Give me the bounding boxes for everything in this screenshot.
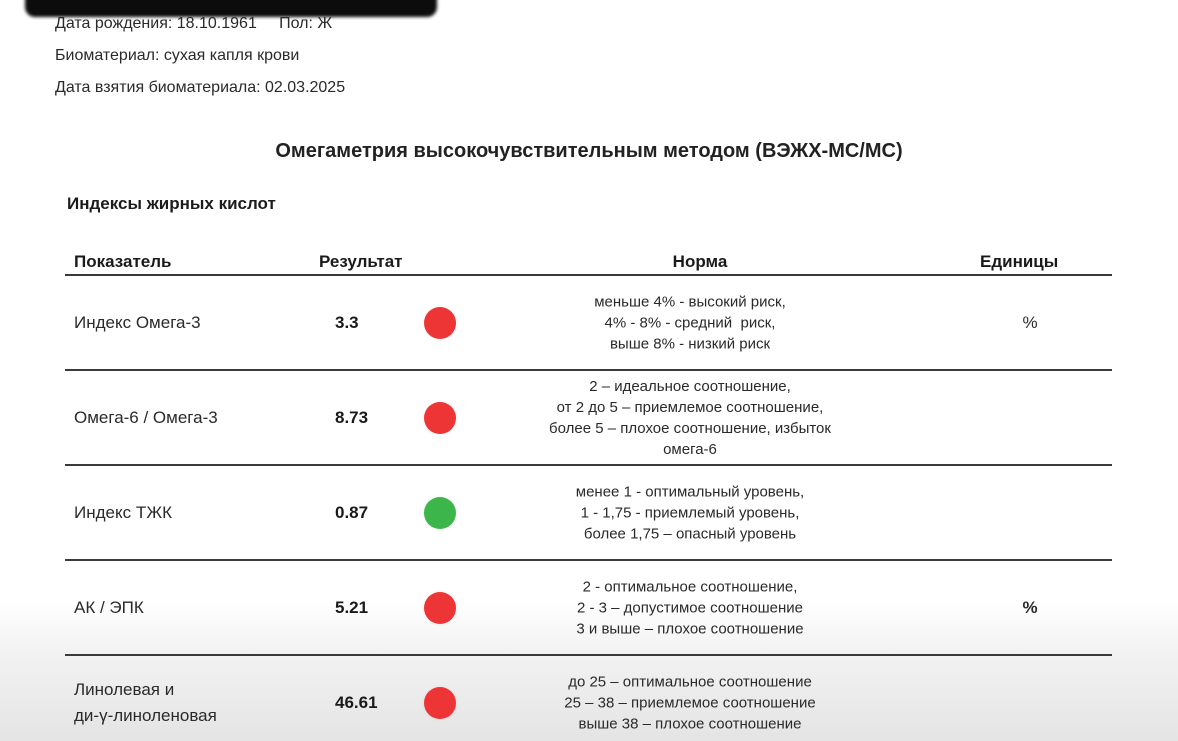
document-title: Омегаметрия высокочувствительным методом… [0, 140, 1178, 163]
biomaterial-line: Биоматериал: сухая капля крови [55, 47, 299, 65]
section-title: Индексы жирных кислот [67, 194, 276, 214]
status-dot-green-icon [424, 497, 456, 529]
reference-range-line: 2 - оптимальное соотношение, [480, 576, 900, 597]
indicator-name: Омега-6 / Омега-3 [74, 405, 218, 431]
column-header-norm: Норма [640, 252, 760, 272]
reference-range: 2 - оптимальное соотношение,2 - 3 – допу… [480, 576, 900, 639]
birth-date-line: Дата рождения: 18.10.1961 Пол: Ж [55, 15, 332, 33]
reference-range-line: более 5 – плохое соотношение, избыток [480, 418, 900, 439]
result-value: 46.61 [335, 693, 405, 713]
table-row: Омега-6 / Омега-38.732 – идеальное соотн… [65, 371, 1112, 466]
reference-range-line: 3 и выше – плохое соотношение [480, 618, 900, 639]
column-header-result: Результат [319, 252, 403, 272]
result-value: 0.87 [335, 503, 405, 523]
reference-range-line: 2 - 3 – допустимое соотношение [480, 597, 900, 618]
table-row: Индекс Омега-33.3меньше 4% - высокий рис… [65, 276, 1112, 371]
reference-range: меньше 4% - высокий риск,4% - 8% - средн… [480, 291, 900, 354]
units: % [980, 598, 1080, 618]
status-dot-red-icon [424, 592, 456, 624]
column-header-name: Показатель [74, 252, 171, 272]
reference-range: до 25 – оптимальное соотношение25 – 38 –… [480, 671, 900, 734]
indicator-name: АК / ЭПК [74, 595, 144, 621]
indicator-name: Индекс Омега-3 [74, 310, 201, 336]
indicator-name: Линолевая и ди-γ-линоленовая [74, 677, 217, 729]
reference-range-line: более 1,75 – опасный уровень [480, 523, 900, 544]
table-header: Показатель Результат Норма Единицы [65, 252, 1112, 276]
fatty-acid-index-table: Показатель Результат Норма Единицы Индек… [65, 252, 1112, 741]
document-title-text: Омегаметрия высокочувствительным методом… [275, 140, 902, 163]
reference-range-line: до 25 – оптимальное соотношение [480, 671, 900, 692]
reference-range-line: 4% - 8% - средний риск, [480, 312, 900, 333]
result-value: 8.73 [335, 408, 405, 428]
reference-range-line: менее 1 - оптимальный уровень, [480, 481, 900, 502]
reference-range-line: выше 38 – плохое соотношение [480, 713, 900, 734]
reference-range-line: 2 – идеальное соотношение, [480, 376, 900, 397]
table-body: Индекс Омега-33.3меньше 4% - высокий рис… [65, 276, 1112, 741]
status-dot-red-icon [424, 687, 456, 719]
result-value: 3.3 [335, 313, 405, 333]
reference-range-line: 1 - 1,75 - приемлемый уровень, [480, 502, 900, 523]
reference-range-line: выше 8% - низкий риск [480, 333, 900, 354]
result-value: 5.21 [335, 598, 405, 618]
table-row: АК / ЭПК5.212 - оптимальное соотношение,… [65, 561, 1112, 656]
reference-range-line: меньше 4% - высокий риск, [480, 291, 900, 312]
collection-date-line: Дата взятия биоматериала: 02.03.2025 [55, 79, 345, 97]
reference-range-line: омега-6 [480, 439, 900, 460]
column-header-units: Единицы [980, 252, 1058, 272]
reference-range: менее 1 - оптимальный уровень,1 - 1,75 -… [480, 481, 900, 544]
reference-range-line: 25 – 38 – приемлемое соотношение [480, 692, 900, 713]
reference-range: 2 – идеальное соотношение,от 2 до 5 – пр… [480, 376, 900, 460]
status-dot-red-icon [424, 307, 456, 339]
units: % [980, 313, 1080, 333]
reference-range-line: от 2 до 5 – приемлемое соотношение, [480, 397, 900, 418]
indicator-name: Индекс ТЖК [74, 500, 172, 526]
table-row: Индекс ТЖК0.87менее 1 - оптимальный уров… [65, 466, 1112, 561]
status-dot-red-icon [424, 402, 456, 434]
table-row: Линолевая и ди-γ-линоленовая46.61до 25 –… [65, 656, 1112, 741]
